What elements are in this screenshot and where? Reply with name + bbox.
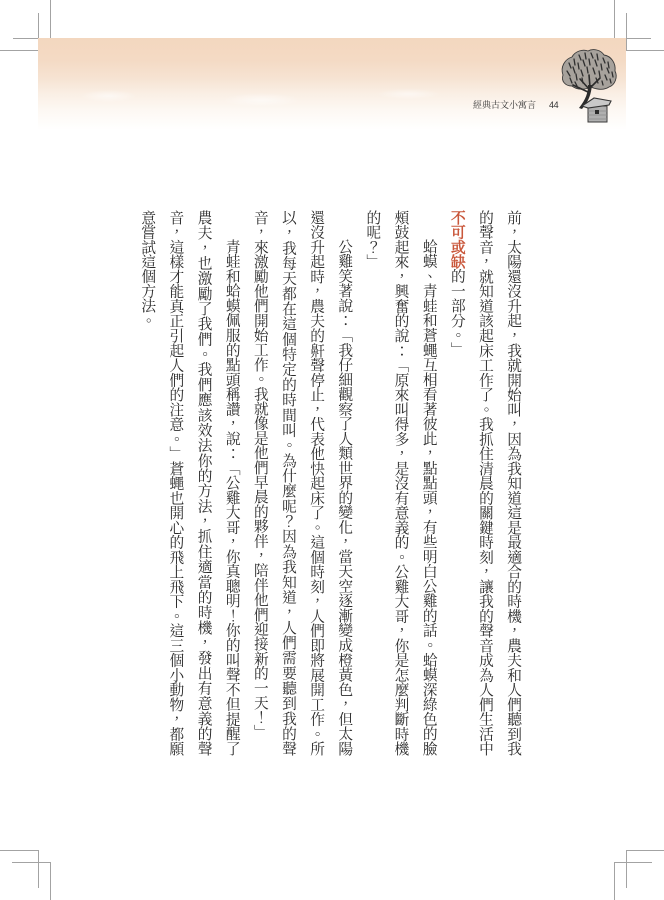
crop-mark [50, 0, 51, 38]
crop-mark [0, 50, 38, 51]
text-column: 農夫，也激勵了我們。我們應該效法你的方法，抓住適當的時機，發出有意義的聲 [189, 210, 217, 756]
text-column: 公雞笑著說：「我仔細觀察了人類世界的變化，當天空逐漸變成橙黃色，但太陽 [330, 210, 358, 756]
text-column: 蛤蟆、青蛙和蒼蠅互相看著彼此，點點頭，有些明白公雞的話。蛤蟆深綠色的臉 [415, 210, 443, 756]
text-column: 前，太陽還沒升起，我就開始叫，因為我知道這是最適合的時機，農夫和人們聽到我 [499, 210, 527, 756]
text-column: 青蛙和蛤蟆佩服的點頭稱讚，說：「公雞大哥，你真聰明！你的叫聲不但提醒了 [218, 210, 246, 756]
crop-mark [0, 850, 38, 851]
tree-house-icon [555, 45, 620, 127]
text-column: 以，我每天都在這個特定的時間叫。為什麼呢？因為我知道，人們需要聽到我的聲 [274, 210, 302, 756]
text-column-rest: 的一部分。」 [449, 269, 466, 357]
text-column: 意嘗試這個方法。 [133, 210, 161, 756]
crop-mark [38, 850, 39, 888]
text-column: 的聲音，就知道該起床工作了。我抓住清晨的關鍵時刻，讓我的聲音成為人們生活中 [471, 210, 499, 756]
crop-mark [50, 862, 51, 900]
text-column: 音，這樣才能真正引起人們的注意。」蒼蠅也開心的飛上飛下。這三個小動物，都願 [161, 210, 189, 756]
book-title: 經典古文小寓言 [473, 100, 536, 110]
text-column: 頰鼓起來，興奮的說：「原來叫得多，是沒有意義的。公雞大哥，你是怎麼判斷時機 [386, 210, 414, 756]
text-column: 音，來激勵他們開始工作。我就像是他們早晨的夥伴，陪伴他們迎接新的一天！」 [246, 210, 274, 756]
crop-mark [626, 850, 627, 888]
text-column: 還沒升起時，農夫的鼾聲停止，代表他快起床了。這個時刻，人們即將展開工作。所 [302, 210, 330, 756]
story-text: 前，太陽還沒升起，我就開始叫，因為我知道這是最適合的時機，農夫和人們聽到我 的聲… [133, 210, 527, 756]
crop-mark [12, 862, 50, 863]
text-column: 不可或缺的一部分。」 [443, 210, 471, 756]
text-column: 的呢？」 [358, 210, 386, 756]
crop-mark [626, 850, 664, 851]
crop-mark [626, 13, 627, 50]
header-band [38, 38, 626, 138]
crop-mark [614, 862, 652, 863]
crop-mark [614, 0, 615, 38]
crop-mark [614, 862, 615, 900]
highlighted-phrase: 不可或缺 [449, 210, 466, 269]
crop-mark [626, 50, 664, 51]
